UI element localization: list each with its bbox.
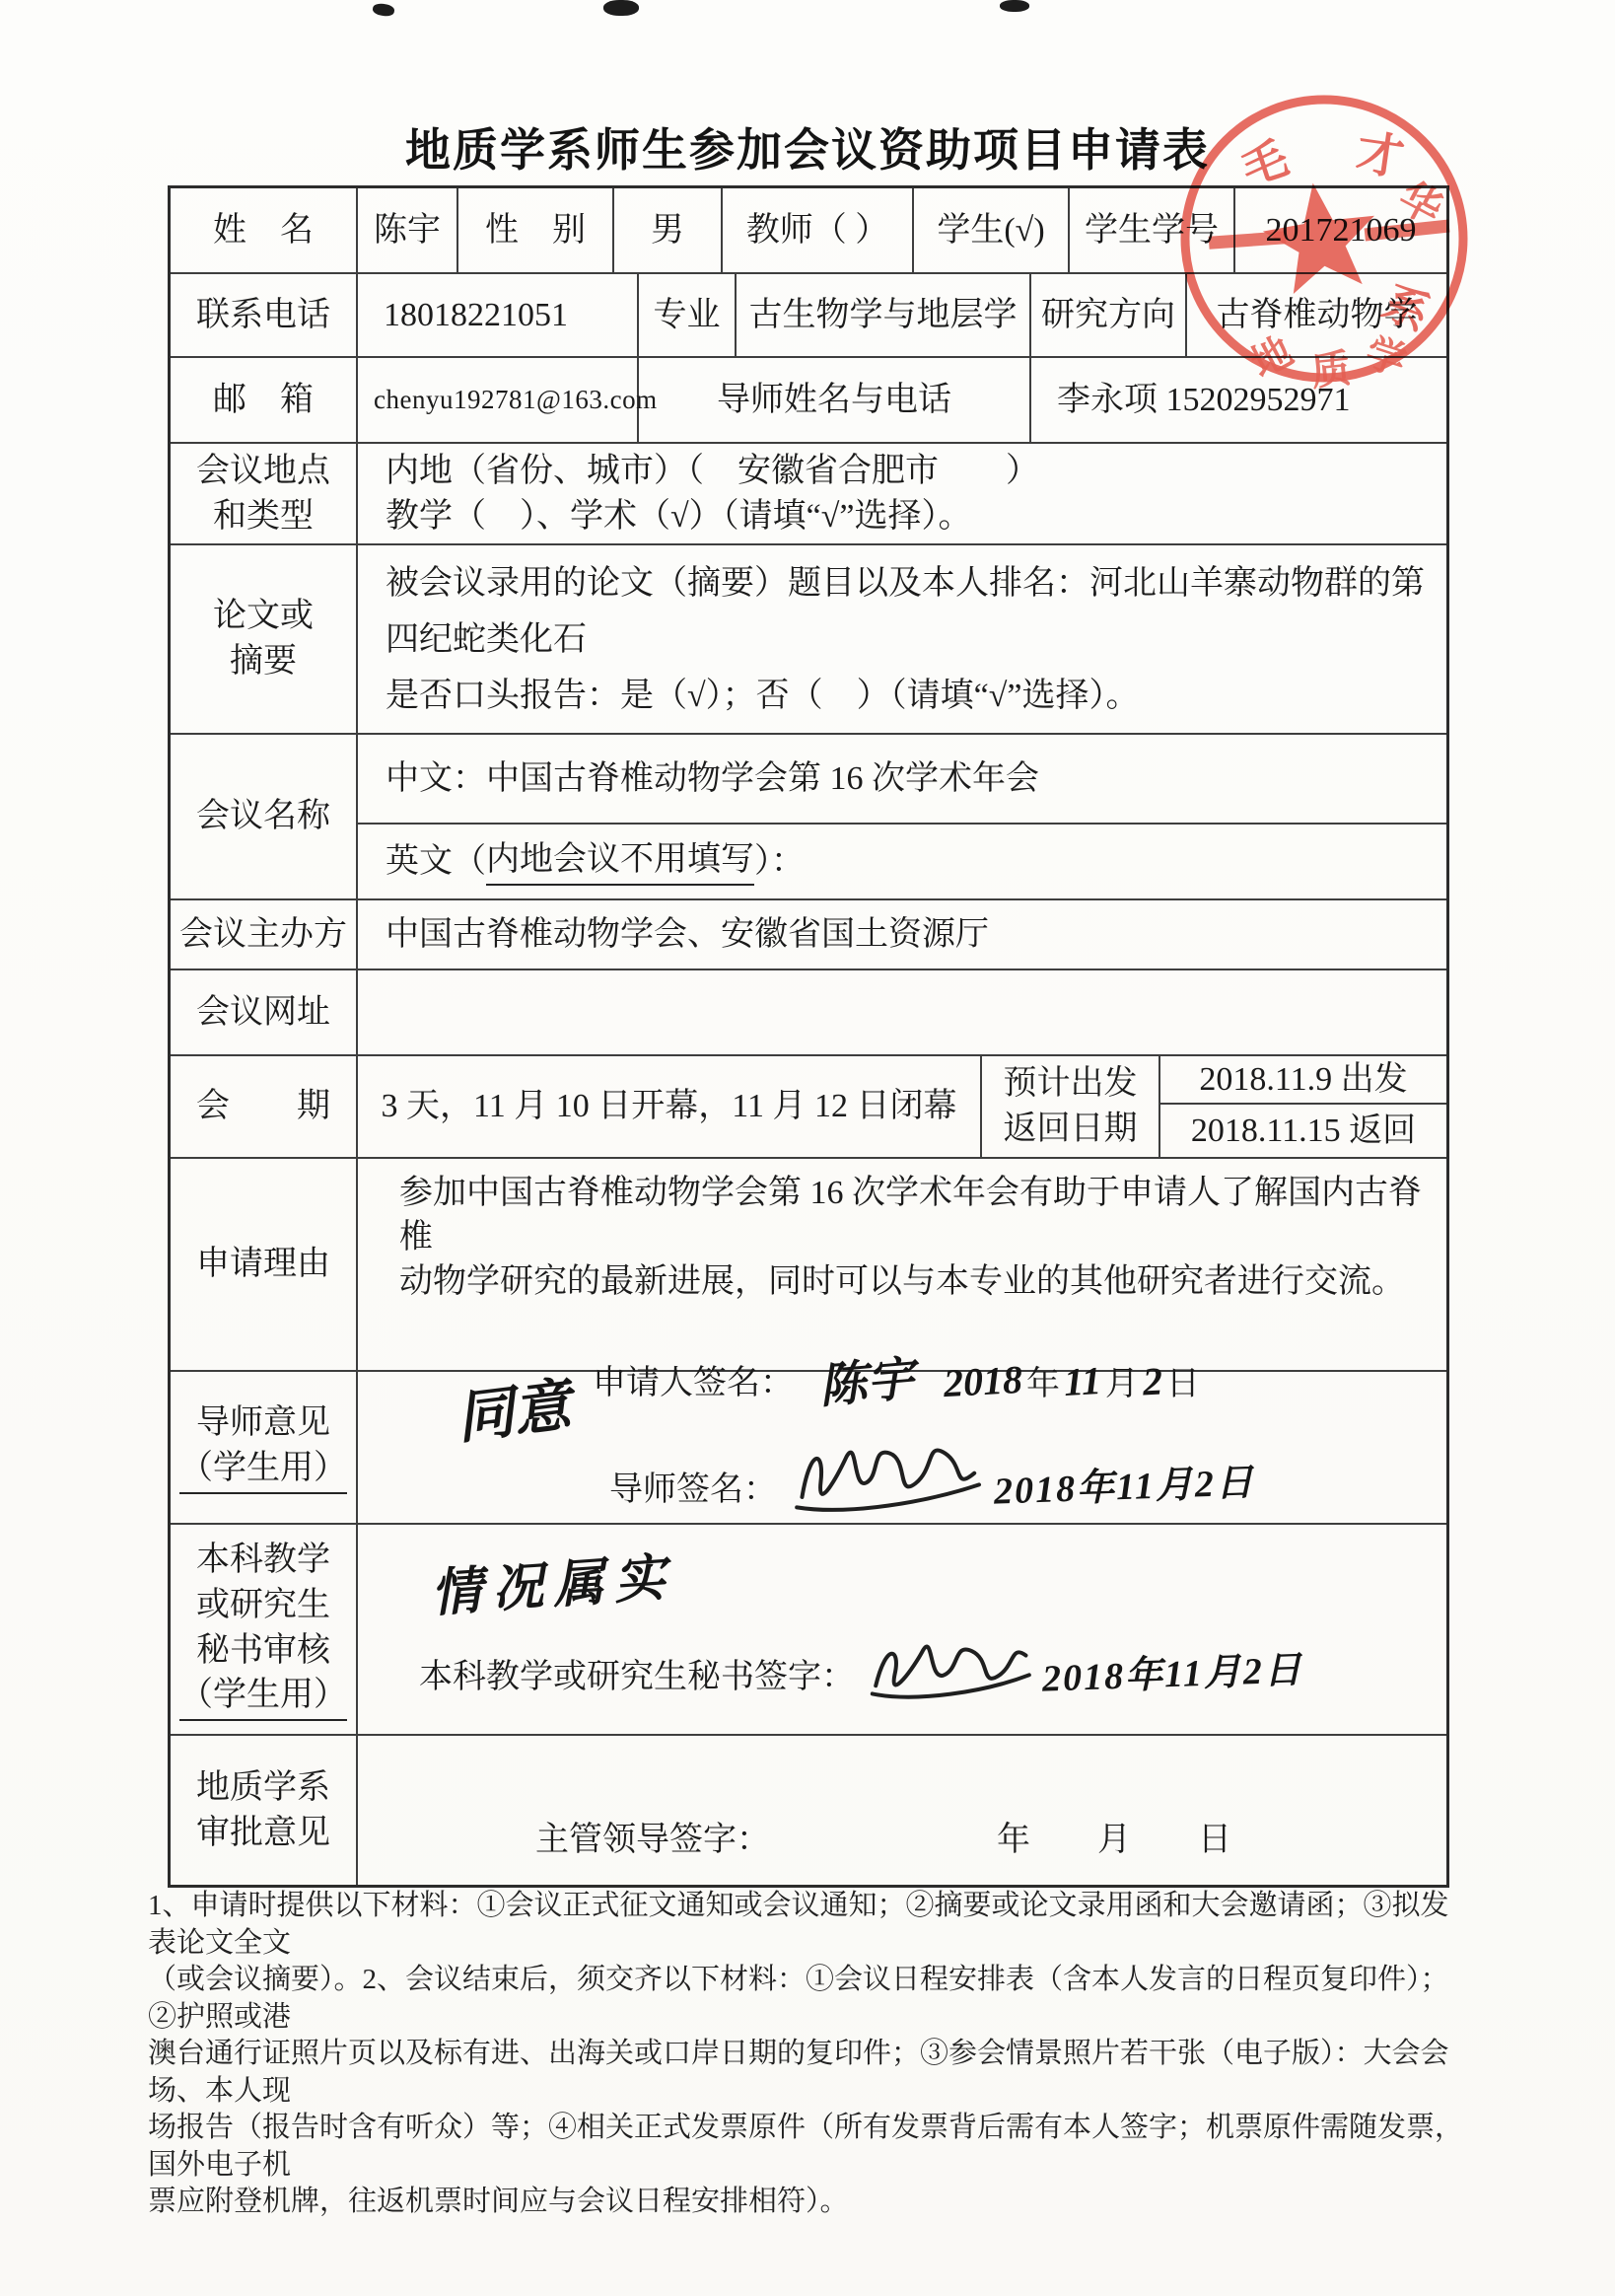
conference-name-label: 会议名称 — [171, 735, 358, 898]
website-label: 会议网址 — [171, 970, 358, 1054]
advisor-sign-label: 导师签名： — [609, 1468, 777, 1513]
direction-label: 研究方向 — [1031, 274, 1187, 356]
location-line2: 教学（ ）、学术（√）（请填“√”选择）。 — [386, 494, 972, 539]
en-suffix: ）： — [754, 839, 805, 885]
paper-label: 论文或 摘要 — [171, 545, 358, 733]
phone-label: 联系电话 — [171, 274, 358, 356]
advisor-opinion-value: 同意 导师签名： 2018年11月2日 — [358, 1372, 1446, 1523]
row-secretary-review: 本科教学 或研究生 秘书审核 （学生用） 情况属实 本科教学或研究生秘书签字： … — [171, 1525, 1446, 1736]
reason-line1: 参加中国古脊椎动物学会第 16 次学术年会有助于申请人了解国内古脊椎 — [399, 1171, 1427, 1259]
gender-value: 男 — [614, 188, 723, 272]
paper-title-line2: 四纪蛇类化石 — [386, 617, 587, 663]
secretary-label: 本科教学 或研究生 秘书审核 （学生用） — [171, 1525, 358, 1734]
advisor-contact-label: 导师姓名与电话 — [639, 358, 1031, 442]
reason-value: 参加中国古脊椎动物学会第 16 次学术年会有助于申请人了解国内古脊椎 动物学研究… — [358, 1159, 1446, 1370]
secretary-comment-handwriting: 情况属实 — [429, 1543, 677, 1629]
row-website: 会议网址 — [171, 970, 1446, 1056]
row-department-approval: 地质学系 审批意见 主管领导签字： 年 月 日 — [171, 1736, 1446, 1885]
secretary-sign-label: 本科教学或研究生秘书签字： — [419, 1655, 855, 1700]
secretary-label-line1: 本科教学 — [196, 1538, 330, 1583]
en-prefix: 英文（ — [386, 839, 486, 885]
location-type-value: 内地（省份、城市）（ 安徽省合肥市 ） 教学（ ）、学术（√）（请填“√”选择）… — [358, 444, 1446, 543]
location-label-line2: 和类型 — [213, 494, 314, 539]
paper-value: 被会议录用的论文（摘要）题目以及本人排名：河北山羊寨动物群的第 四纪蛇类化石 是… — [358, 545, 1446, 733]
conference-name-en: 英文（内地会议不用填写）： — [358, 825, 1446, 898]
approval-value: 主管领导签字： 年 月 日 — [358, 1736, 1446, 1885]
en-underlined-note: 内地会议不用填写 — [486, 837, 754, 886]
reason-line2: 动物学研究的最新进展，同时可以与本专业的其他研究者进行交流。 — [399, 1259, 1405, 1304]
organizer-label: 会议主办方 — [171, 900, 358, 969]
estimate-dates-values: 2018.11.9 出发 2018.11.15 返回 — [1160, 1056, 1446, 1157]
scanned-form-page: 地质学系师生参加会议资助项目申请表 姓 名 陈宇 性 别 男 教师（ ） 学生(… — [0, 0, 1615, 2296]
row-organizer: 会议主办方 中国古脊椎动物学会、安徽省国土资源厅 — [171, 900, 1446, 970]
paper-label-line2: 摘要 — [230, 639, 297, 684]
seal-char: 质 — [1309, 346, 1353, 392]
advisor-sign-date: 2018年11月2日 — [993, 1458, 1256, 1518]
note-line: 1、申请时提供以下材料：①会议正式征文通知或会议通知；②摘要或论文录用函和大会邀… — [148, 1888, 1477, 1962]
row-duration: 会 期 3 天，11 月 10 日开幕，11 月 12 日闭幕 预计出发 返回日… — [171, 1056, 1446, 1159]
note-line: 场报告（报告时含有听众）等；④相关正式发票原件（所有发票背后需有本人签字；机票原… — [148, 2110, 1477, 2184]
conference-name-value: 中文：中国古脊椎动物学会第 16 次学术年会 英文（内地会议不用填写）： — [358, 735, 1446, 898]
reason-label: 申请理由 — [171, 1159, 358, 1370]
seal-char: 才 — [1353, 127, 1407, 185]
advisor-comment-handwriting: 同意 — [453, 1367, 576, 1458]
seal-char: 学 — [1361, 330, 1412, 385]
secretary-label-line3: 秘书审核 — [196, 1628, 330, 1674]
advisor-opinion-label-line2: （学生用） — [179, 1446, 347, 1494]
phone-value: 18018221051 — [358, 274, 639, 356]
approval-label-line2: 审批意见 — [196, 1811, 330, 1856]
scan-artifact — [372, 3, 394, 18]
depart-date: 2018.11.9 出发 — [1160, 1056, 1446, 1105]
conference-name-cn: 中文：中国古脊椎动物学会第 16 次学术年会 — [358, 735, 1446, 825]
application-form-table: 姓 名 陈宇 性 别 男 教师（ ） 学生(√) 学生学号 201721069 … — [168, 185, 1449, 1888]
email-value: chenyu192781@163.com — [358, 358, 639, 442]
secretary-label-line4: （学生用） — [179, 1673, 347, 1721]
estimate-label-line2: 返回日期 — [1004, 1107, 1138, 1152]
organizer-value: 中国古脊椎动物学会、安徽省国土资源厅 — [358, 900, 1446, 969]
leader-sign-label: 主管领导签字： — [535, 1818, 770, 1863]
secretary-value: 情况属实 本科教学或研究生秘书签字： 2018年11月2日 — [358, 1525, 1446, 1734]
major-value: 古生物学与地层学 — [737, 274, 1031, 356]
advisor-signature-scribble — [784, 1427, 986, 1520]
name-value: 陈宇 — [358, 188, 458, 272]
advisor-opinion-label-line1: 导师意见 — [196, 1400, 330, 1446]
duration-value: 3 天，11 月 10 日开幕，11 月 12 日闭幕 — [358, 1056, 982, 1157]
advisor-opinion-label: 导师意见 （学生用） — [171, 1372, 358, 1523]
row-paper-abstract: 论文或 摘要 被会议录用的论文（摘要）题目以及本人排名：河北山羊寨动物群的第 四… — [171, 545, 1446, 735]
student-option: 学生(√) — [914, 188, 1070, 272]
note-line: 澳台通行证照片页以及标有进、出海关或口岸日期的复印件；③参会情景照片若干张（电子… — [148, 2036, 1477, 2110]
row-conference-name: 会议名称 中文：中国古脊椎动物学会第 16 次学术年会 英文（内地会议不用填写）… — [171, 735, 1446, 900]
approval-label-line1: 地质学系 — [196, 1765, 330, 1811]
location-line1: 内地（省份、城市）（ 安徽省合肥市 ） — [386, 449, 1039, 494]
name-label: 姓 名 — [171, 188, 358, 272]
approval-date-placeholder: 年 月 日 — [997, 1818, 1231, 1863]
row-location-type: 会议地点 和类型 内地（省份、城市）（ 安徽省合肥市 ） 教学（ ）、学术（√）… — [171, 444, 1446, 545]
scan-artifact — [1000, 0, 1029, 12]
duration-label: 会 期 — [171, 1056, 358, 1157]
location-label-line1: 会议地点 — [196, 449, 330, 494]
location-type-label: 会议地点 和类型 — [171, 444, 358, 543]
department-seal-stamp: 毛 才 华 系 地 质 学 — [1171, 86, 1477, 392]
secretary-sign-date: 2018年11月2日 — [1041, 1645, 1304, 1705]
email-label: 邮 箱 — [171, 358, 358, 442]
row-reason: 申请理由 参加中国古脊椎动物学会第 16 次学术年会有助于申请人了解国内古脊椎 … — [171, 1159, 1446, 1372]
secretary-label-line2: 或研究生 — [196, 1583, 330, 1628]
row-advisor-opinion: 导师意见 （学生用） 同意 导师签名： 2018年11月2日 — [171, 1372, 1446, 1525]
gender-label: 性 别 — [458, 188, 614, 272]
oral-report-line: 是否口头报告：是（√）；否（ ）（请填“√”选择）。 — [386, 674, 1140, 719]
seal-char: 毛 — [1235, 133, 1295, 195]
major-label: 专业 — [639, 274, 737, 356]
note-line: 票应附登机牌，往返机票时间应与会议日程安排相符）。 — [148, 2184, 1477, 2221]
paper-label-line1: 论文或 — [213, 594, 314, 639]
scan-artifact — [603, 0, 639, 16]
note-line: （或会议摘要）。2、会议结束后，须交齐以下材料：①会议日程安排表（含本人发言的日… — [148, 1962, 1477, 2036]
estimate-label-line1: 预计出发 — [1004, 1061, 1138, 1107]
footer-notes: 1、申请时提供以下材料：①会议正式征文通知或会议通知；②摘要或论文录用函和大会邀… — [148, 1888, 1477, 2221]
paper-title-line1: 被会议录用的论文（摘要）题目以及本人排名：河北山羊寨动物群的第 — [386, 561, 1425, 607]
secretary-signature-scribble — [863, 1625, 1034, 1706]
return-date: 2018.11.15 返回 — [1160, 1105, 1446, 1157]
website-value — [358, 970, 1446, 1054]
approval-label: 地质学系 审批意见 — [171, 1736, 358, 1885]
estimate-dates-label: 预计出发 返回日期 — [982, 1056, 1160, 1157]
teacher-option: 教师（ ） — [723, 188, 914, 272]
